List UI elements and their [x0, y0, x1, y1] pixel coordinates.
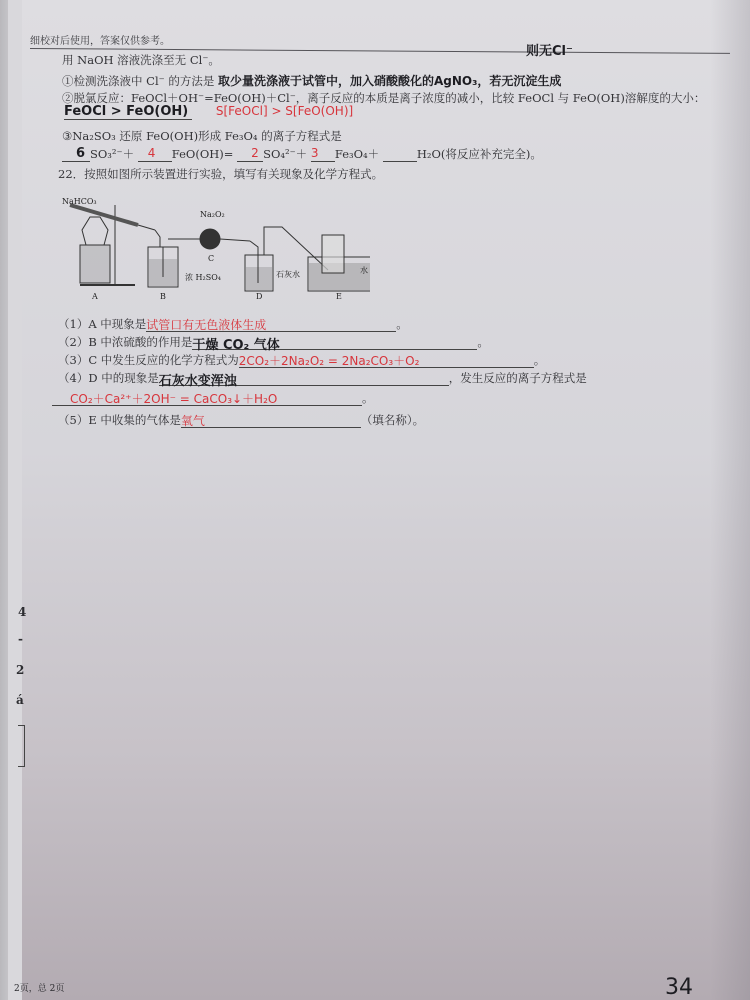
q22-item-4: （4）D 中的现象是石灰水变浑浊，发生反应的离子方程式是	[58, 370, 587, 386]
item-suffix: 。	[477, 335, 489, 349]
margin-mark: 2	[16, 663, 24, 677]
label-na2o2: Na₂O₂	[200, 210, 225, 219]
page-shadow	[710, 0, 750, 1000]
q21-p1-answer: 取少量洗涤液于试管中，加入硝酸酸化的AgNO₃，若无沉淀生成	[218, 74, 561, 88]
label-d: D	[256, 292, 262, 301]
coef-1: 6	[76, 146, 85, 161]
q21-part2-answer: FeOCl > FeO(OH) S[FeOCl] > S[FeO(OH)]	[64, 104, 353, 119]
header-note: 细校对后使用，答案仅供参考。	[30, 32, 170, 47]
q21-p3-equation: 6SO₃²⁻＋ 4FeO(OH)= 2SO₄²⁻＋ 3Fe₃O₄＋ H₂O(将反…	[62, 146, 542, 162]
item-suffix: （填名称）。	[361, 413, 424, 427]
item-suffix: 。	[534, 353, 546, 367]
term-5: H₂O(将反应补充完全)。	[417, 147, 542, 161]
term-2: FeO(OH)=	[172, 147, 234, 161]
apparatus-figure: NaHCO₃ Na₂O₂ 浓 H₂SO₄ 石灰水 水 A B C D E	[60, 195, 370, 305]
q22-item-3: （3）C 中发生反应的化学方程式为2CO₂＋2Na₂O₂ = 2Na₂CO₃＋O…	[58, 352, 545, 368]
q21-p2-answer-black: FeOCl > FeO(OH)	[64, 104, 192, 120]
item-suffix: 。	[362, 391, 374, 405]
coef-2: 4	[148, 146, 156, 160]
item-answer: 干燥 CO₂ 气体	[192, 338, 279, 353]
term-3: SO₄²⁻＋	[263, 147, 307, 161]
handwritten-page-number: 34	[665, 975, 693, 1000]
item-prompt: （2）B 中浓硫酸的作用是	[58, 335, 192, 349]
apparatus-diagram: NaHCO₃ Na₂O₂ 浓 H₂SO₄ 石灰水 水 A B C D E	[60, 195, 370, 305]
item-answer: 石灰水变浑浊	[159, 374, 237, 389]
q22-item-2: （2）B 中浓硫酸的作用是干燥 CO₂ 气体。	[58, 334, 489, 350]
item-prompt: （3）C 中发生反应的化学方程式为	[58, 353, 239, 367]
margin-mark: á	[16, 693, 24, 707]
item-prompt: （4）D 中的现象是	[58, 371, 159, 385]
label-e: E	[336, 292, 342, 301]
q22-title: 22．按照如图所示装置进行实验，填写有关现象及化学方程式。	[58, 166, 383, 182]
q21-p1-prompt: ①检测洗涤液中 Cl⁻ 的方法是	[62, 74, 214, 88]
label-water: 水	[360, 265, 368, 275]
margin-mark: -	[18, 632, 23, 646]
item-answer: 试管口有无色液体生成	[146, 318, 266, 332]
item-answer: 氧气	[181, 414, 205, 428]
page-footer: 2页，总 2页	[14, 981, 64, 994]
label-b: B	[160, 292, 166, 301]
label-c: C	[208, 254, 214, 263]
term-1: SO₃²⁻＋	[90, 147, 134, 161]
q21-part1: ①检测洗涤液中 Cl⁻ 的方法是 取少量洗涤液于试管中，加入硝酸酸化的AgNO₃…	[62, 72, 561, 89]
margin-mark: 4	[18, 605, 26, 619]
label-a: A	[91, 292, 98, 301]
item-suffix: 。	[396, 317, 408, 331]
q22-item-4-equation: CO₂＋Ca²⁺＋2OH⁻ = CaCO₃↓＋H₂O。	[52, 390, 374, 406]
item-answer: CO₂＋Ca²⁺＋2OH⁻ = CaCO₃↓＋H₂O	[70, 392, 277, 406]
q22-item-5: （5）E 中收集的气体是氧气（填名称）。	[58, 412, 424, 428]
coef-3: 2	[251, 146, 259, 160]
q21-intro: 用 NaOH 溶液洗涤至无 Cl⁻。	[62, 52, 220, 68]
q22-item-1: （1）A 中现象是试管口有无色液体生成。	[58, 316, 408, 332]
coef-4: 3	[311, 146, 319, 160]
q21-p3-prompt: ③Na₂SO₃ 还原 FeO(OH)形成 Fe₃O₄ 的离子方程式是	[62, 128, 342, 144]
label-limewater: 石灰水	[276, 269, 300, 279]
item-answer: 2CO₂＋2Na₂O₂ = 2Na₂CO₃＋O₂	[239, 354, 420, 368]
item-suffix: ，发生反应的离子方程式是	[449, 371, 587, 385]
q21-p2-answer-red: S[FeOCl] > S[FeO(OH)]	[216, 104, 353, 118]
q21-p1-answer-super: 则无Cl⁻	[526, 40, 573, 59]
item-prompt: （1）A 中现象是	[58, 317, 146, 331]
label-nahco3: NaHCO₃	[62, 197, 97, 206]
margin-box	[18, 725, 25, 767]
label-h2so4: 浓 H₂SO₄	[185, 272, 221, 282]
term-4: Fe₃O₄＋	[335, 147, 379, 161]
item-prompt: （5）E 中收集的气体是	[58, 413, 181, 427]
